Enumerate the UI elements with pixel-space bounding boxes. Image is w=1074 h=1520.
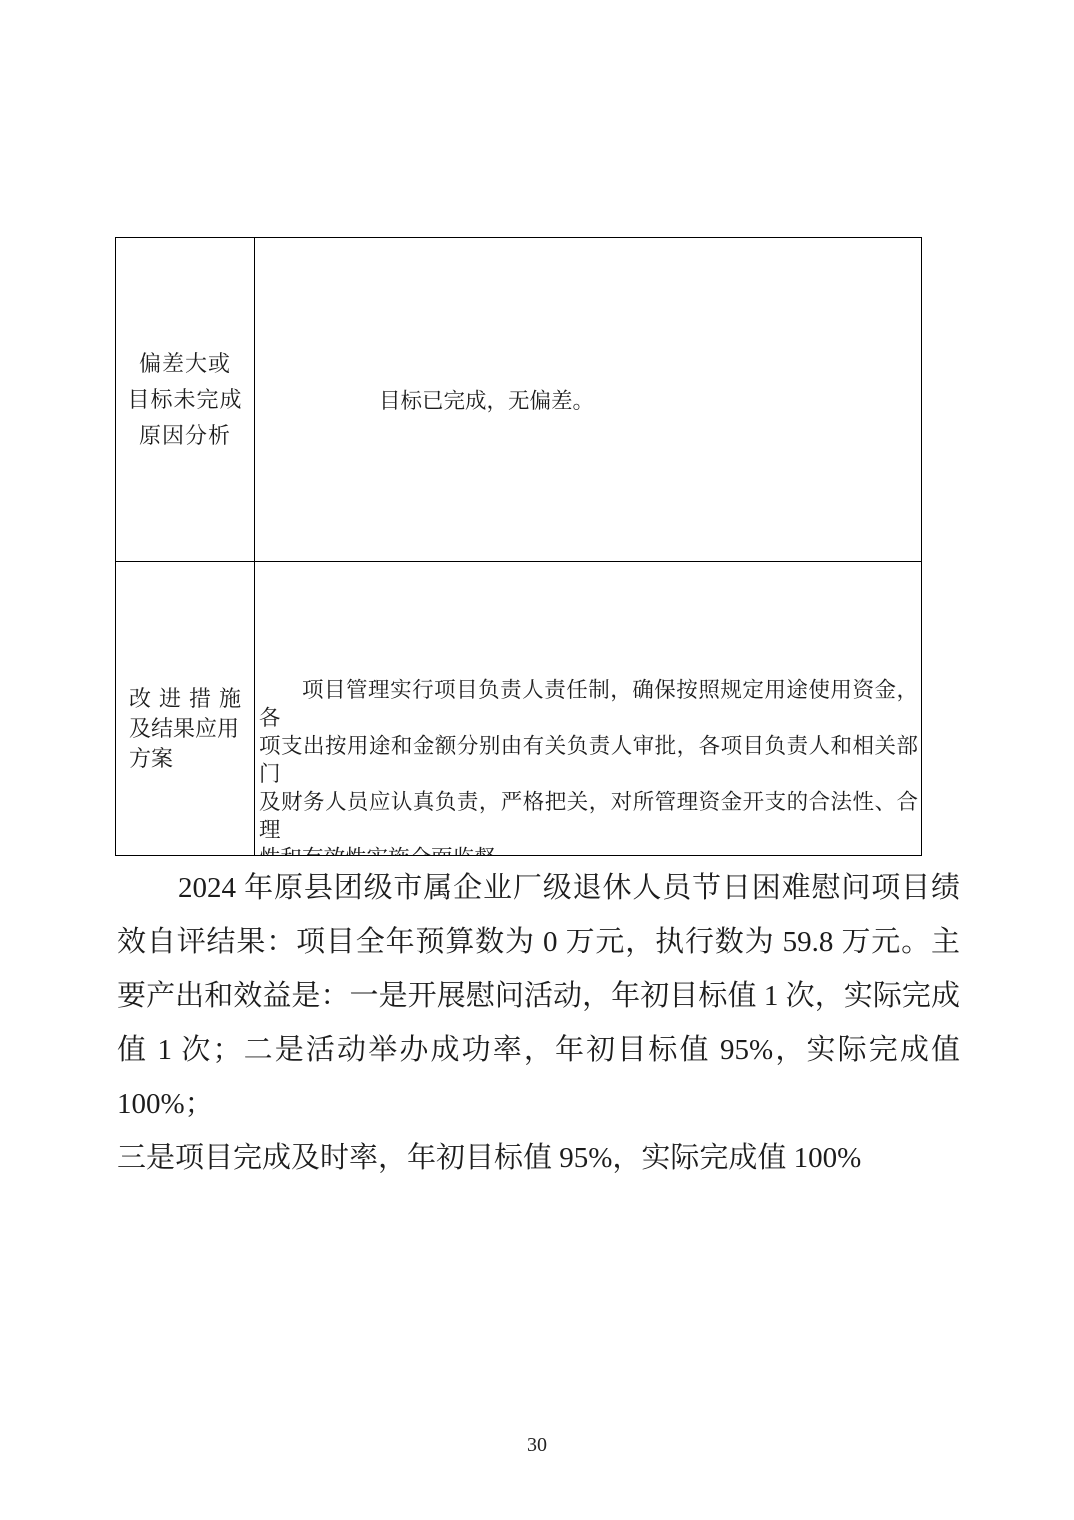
paragraph-line: 效自评结果：项目全年预算数为 0 万元，执行数为 59.8 万元。主 (117, 915, 960, 969)
paragraph-line: 2024 年原县团级市属企业厂级退休人员节日困难慰问项目绩 (117, 861, 960, 915)
content-line: 项支出按用途和金额分别由有关负责人审批，各项目负责人和相关部门 (259, 732, 918, 788)
label-line: 目标未完成 (127, 382, 242, 418)
content-line: 及财务人员应认真负责，严格把关，对所管理资金开支的合法性、合理 (259, 788, 918, 844)
label-line: 方案 (129, 744, 241, 774)
performance-evaluation-table: 偏差大或 目标未完成 原因分析 目标已完成，无偏差。 改进措施 及结果应用 方案… (115, 237, 922, 856)
paragraph-line: 三是项目完成及时率，年初目标值 95%，实际完成值 100% (117, 1131, 960, 1185)
label-line: 原因分析 (139, 418, 231, 454)
content-line: 项目管理实行项目负责人责任制，确保按照规定用途使用资金，各 (259, 676, 918, 732)
self-evaluation-summary-paragraph: 2024 年原县团级市属企业厂级退休人员节日困难慰问项目绩 效自评结果：项目全年… (117, 861, 960, 1185)
label-line: 偏差大或 (139, 346, 231, 382)
improvement-measures-label-cell: 改进措施 及结果应用 方案 (116, 562, 255, 855)
improvement-measures-content-cell: 项目管理实行项目负责人责任制，确保按照规定用途使用资金，各 项支出按用途和金额分… (255, 562, 921, 855)
document-page: 偏差大或 目标未完成 原因分析 目标已完成，无偏差。 改进措施 及结果应用 方案… (0, 0, 1074, 1520)
label-line: 改进措施 (129, 684, 241, 714)
label-line: 及结果应用 (129, 714, 241, 744)
page-number: 30 (0, 1434, 1074, 1457)
deviation-analysis-label-cell: 偏差大或 目标未完成 原因分析 (116, 238, 255, 562)
deviation-analysis-content-cell: 目标已完成，无偏差。 (255, 238, 921, 562)
content-line: 性和有效性实施全面监督。 (259, 844, 918, 855)
paragraph-line: 要产出和效益是：一是开展慰问活动，年初目标值 1 次，实际完成 (117, 969, 960, 1023)
paragraph-line: 值 1 次；二是活动举办成功率，年初目标值 95%，实际完成值 100%； (117, 1023, 960, 1131)
deviation-analysis-text: 目标已完成，无偏差。 (379, 384, 594, 415)
